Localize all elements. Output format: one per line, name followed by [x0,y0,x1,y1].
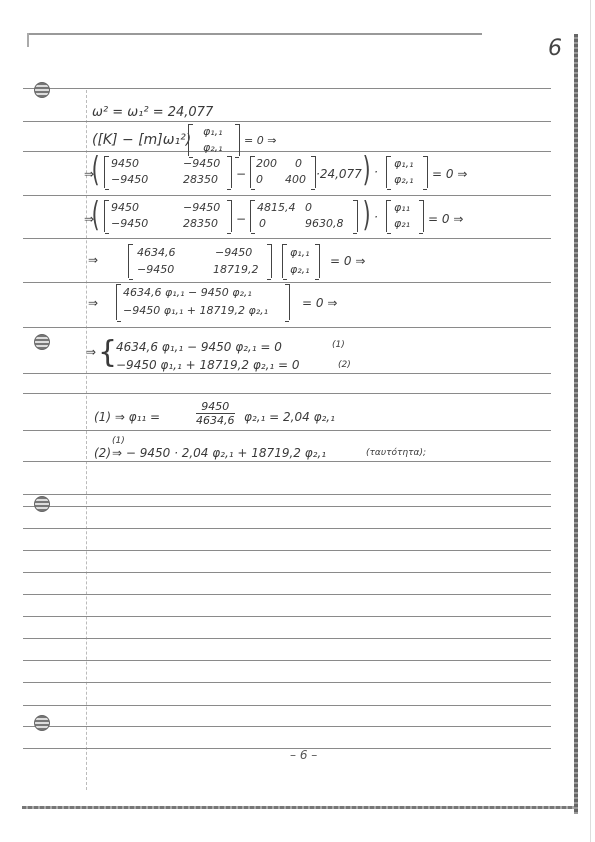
result2-note: (ταυτότητα); [366,448,426,458]
eigen-vector: φ₁,₁ φ₂,₁ [188,124,240,156]
eq1-tag: (1) [332,340,345,350]
ruled-line [23,726,551,727]
ruled-line [23,393,551,394]
scan-edge [590,0,591,842]
ruled-line [23,494,551,495]
ruled-line [23,506,551,507]
punch-hole-icon [34,715,50,731]
dot: · [374,165,378,179]
punch-hole-icon [34,82,50,98]
page-footer: – 6 – [290,748,317,762]
system-brace: { [98,335,117,370]
notebook-page: 6 ω² = ω₁² = 24,077 ([K] − [m]ω₁²) φ₁,₁ … [0,0,595,842]
fraction: 9450 4634,6 [196,400,235,427]
ruled-line [23,195,551,196]
ruled-line [23,682,551,683]
dot: · [374,210,378,224]
punch-hole-icon [34,496,50,512]
system-eq2: −9450 φ₁,₁ + 18719,2 φ₂,₁ = 0 [116,358,300,372]
ruled-line [23,373,551,374]
right-binding-border [574,34,578,814]
eigen-equation-right: = 0 ⇒ [244,134,276,147]
mass-matrix: 200 0 0 400 [250,156,316,188]
ruled-line [23,88,551,89]
step4-rhs: = 0 ⇒ [302,296,337,310]
ruled-line [23,660,551,661]
stiffness-matrix: 9450 −9450 −9450 28350 [104,156,232,188]
implies-arrow: ⇒ [88,253,98,267]
ruled-line [23,748,551,749]
ruled-line [23,430,551,431]
step3-rhs: = 0 ⇒ [330,254,365,268]
top-border [27,33,482,35]
eq2-tag: (2) [338,360,351,370]
system-eq1: 4634,6 φ₁,₁ − 9450 φ₂,₁ = 0 [116,340,282,354]
eigen-equation-left: ([K] − [m]ω₁²) [92,132,191,148]
top-corner [27,33,29,47]
minus-sign: − [236,212,246,226]
mode-vector: φ₁₁ φ₂₁ [386,200,424,232]
ruled-line [23,550,551,551]
open-paren: ( [92,150,100,190]
omega-factor: ·24,077 [316,167,362,181]
ruled-line [23,705,551,706]
ruled-line [23,638,551,639]
ruled-line [23,121,551,122]
ruled-line [23,282,551,283]
mass-omega-matrix: 4815,4 0 0 9630,8 [250,200,358,232]
implies-arrow: ⇒ [88,296,98,310]
mode-vector: φ₁,₁ φ₂,₁ [386,156,428,188]
ruled-line [23,238,551,239]
step1-rhs: = 0 ⇒ [432,167,467,181]
ruled-line [23,572,551,573]
open-paren: ( [92,195,100,235]
product-vector: 4634,6 φ₁,₁ − 9450 φ₂,₁ −9450 φ₁,₁ + 187… [116,284,290,320]
result1-prefix: (1) ⇒ φ₁₁ = [94,410,160,424]
minus-sign: − [236,167,246,181]
ruled-line [23,461,551,462]
implies-arrow: ⇒ [86,345,96,359]
step2-rhs: = 0 ⇒ [428,212,463,226]
result2-arrow-tag: (1) [112,436,125,446]
stiffness-matrix: 9450 −9450 −9450 28350 [104,200,232,232]
result1-suffix: φ₂,₁ = 2,04 φ₂,₁ [244,410,335,424]
omega-equation: ω² = ω₁² = 24,077 [92,105,213,120]
dynamic-matrix: 4634,6 −9450 −9450 18719,2 [128,244,272,278]
mode-vector: φ₁,₁ φ₂,₁ [282,244,320,278]
ruled-line [23,528,551,529]
result2-body: ⇒ − 9450 · 2,04 φ₂,₁ + 18719,2 φ₂,₁ [112,446,326,460]
ruled-line [23,327,551,328]
close-paren: ) [363,150,371,190]
bottom-border [22,806,574,809]
punch-hole-icon [34,334,50,350]
ruled-line [23,151,551,152]
page-number: 6 [548,36,562,61]
result2-prefix: (2) [94,446,111,460]
ruled-line [23,616,551,617]
close-paren: ) [363,195,371,235]
ruled-line [23,594,551,595]
